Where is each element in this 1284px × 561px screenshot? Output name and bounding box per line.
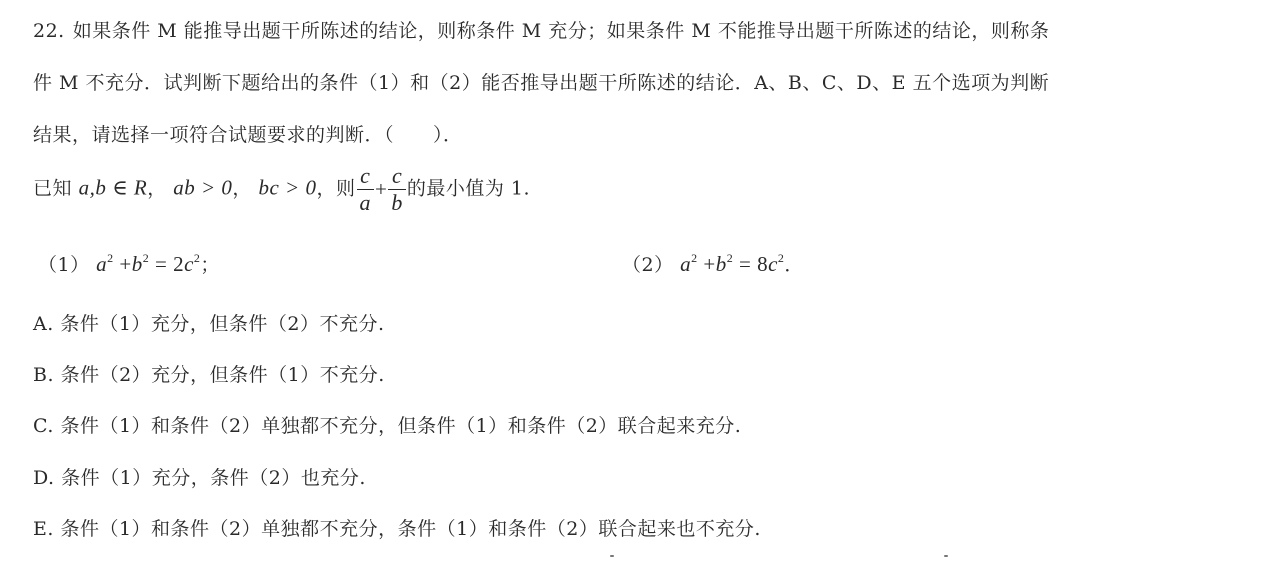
intro-text-3: 结果，请选择一项符合试题要求的判断．（ ）． — [33, 124, 463, 146]
plus-sign: + — [375, 177, 387, 201]
scan-mark — [610, 555, 614, 557]
premise-set-expression: a,b ∈ R — [79, 176, 148, 200]
option-letter: B. — [33, 364, 54, 386]
option-d: D. 条件（1）充分，条件（2）也充分. — [33, 463, 366, 490]
question-number: 22. — [33, 20, 65, 42]
condition-1-end: ； — [200, 254, 220, 276]
premise-separator: ， — [147, 178, 167, 200]
question-intro-line-2: 件 M 不充分．试判断下题给出的条件（1）和（2）能否推导出题干所陈述的结论．A… — [33, 68, 1049, 95]
fraction-numerator: c — [388, 163, 406, 190]
condition-2-label: （2） — [622, 254, 674, 276]
conditions-row: （1） a2 +b2 = 2c2； （2） a2 +b2 = 8c2． — [38, 250, 1238, 277]
option-letter: D. — [33, 467, 55, 489]
option-text: 条件（1）和条件（2）单独都不充分，条件（1）和条件（2）联合起来也不充分. — [60, 518, 760, 540]
premise-condition-ab: ab > 0 — [173, 176, 232, 200]
fraction-numerator: c — [357, 163, 375, 190]
fraction-c-over-b: cb — [388, 163, 406, 216]
fraction-denominator: b — [388, 190, 406, 216]
option-letter: E. — [33, 518, 54, 540]
option-e: E. 条件（1）和条件（2）单独都不充分，条件（1）和条件（2）联合起来也不充分… — [33, 514, 761, 541]
option-text: 条件（1）和条件（2）单独都不充分，但条件（1）和条件（2）联合起来充分. — [60, 415, 741, 437]
premise-condition-bc: bc > 0 — [258, 176, 316, 200]
premise-separator: ， — [232, 178, 252, 200]
question-intro-line-3: 结果，请选择一项符合试题要求的判断．（ ）． — [33, 120, 463, 147]
condition-1-label: （1） — [38, 254, 90, 276]
option-b: B. 条件（2）充分，但条件（1）不充分. — [33, 360, 385, 387]
fraction-denominator: a — [357, 190, 375, 216]
premise-prefix: 已知 — [33, 178, 72, 200]
fraction-c-over-a: ca — [357, 163, 375, 216]
option-text: 条件（1）充分，条件（2）也充分. — [61, 467, 366, 489]
condition-2: （2） a2 +b2 = 8c2． — [622, 250, 804, 277]
condition-1-equation: a2 +b2 = 2c2 — [96, 252, 200, 276]
option-letter: C. — [33, 415, 54, 437]
question-intro-line-1: 22.如果条件 M 能推导出题干所陈述的结论，则称条件 M 充分；如果条件 M … — [33, 16, 1049, 43]
option-letter: A. — [33, 313, 54, 335]
intro-text-1: 如果条件 M 能推导出题干所陈述的结论，则称条件 M 充分；如果条件 M 不能推… — [73, 20, 1050, 42]
option-a: A. 条件（1）充分，但条件（2）不充分. — [33, 309, 385, 336]
condition-2-equation: a2 +b2 = 8c2 — [680, 252, 784, 276]
condition-1: （1） a2 +b2 = 2c2； — [38, 254, 220, 276]
option-c: C. 条件（1）和条件（2）单独都不充分，但条件（1）和条件（2）联合起来充分. — [33, 411, 741, 438]
question-premise: 已知 a,b ∈ R， ab > 0， bc > 0，则ca+cb的最小值为 1… — [33, 163, 530, 216]
condition-2-end: ． — [784, 254, 804, 276]
option-text: 条件（1）充分，但条件（2）不充分. — [60, 313, 384, 335]
premise-suffix: 的最小值为 1. — [407, 178, 530, 200]
intro-text-2: 件 M 不充分．试判断下题给出的条件（1）和（2）能否推导出题干所陈述的结论．A… — [33, 72, 1049, 94]
exam-question-page: 22.如果条件 M 能推导出题干所陈述的结论，则称条件 M 充分；如果条件 M … — [0, 0, 1284, 561]
premise-then: ，则 — [316, 178, 355, 200]
option-text: 条件（2）充分，但条件（1）不充分. — [61, 364, 385, 386]
scan-mark — [944, 555, 948, 557]
